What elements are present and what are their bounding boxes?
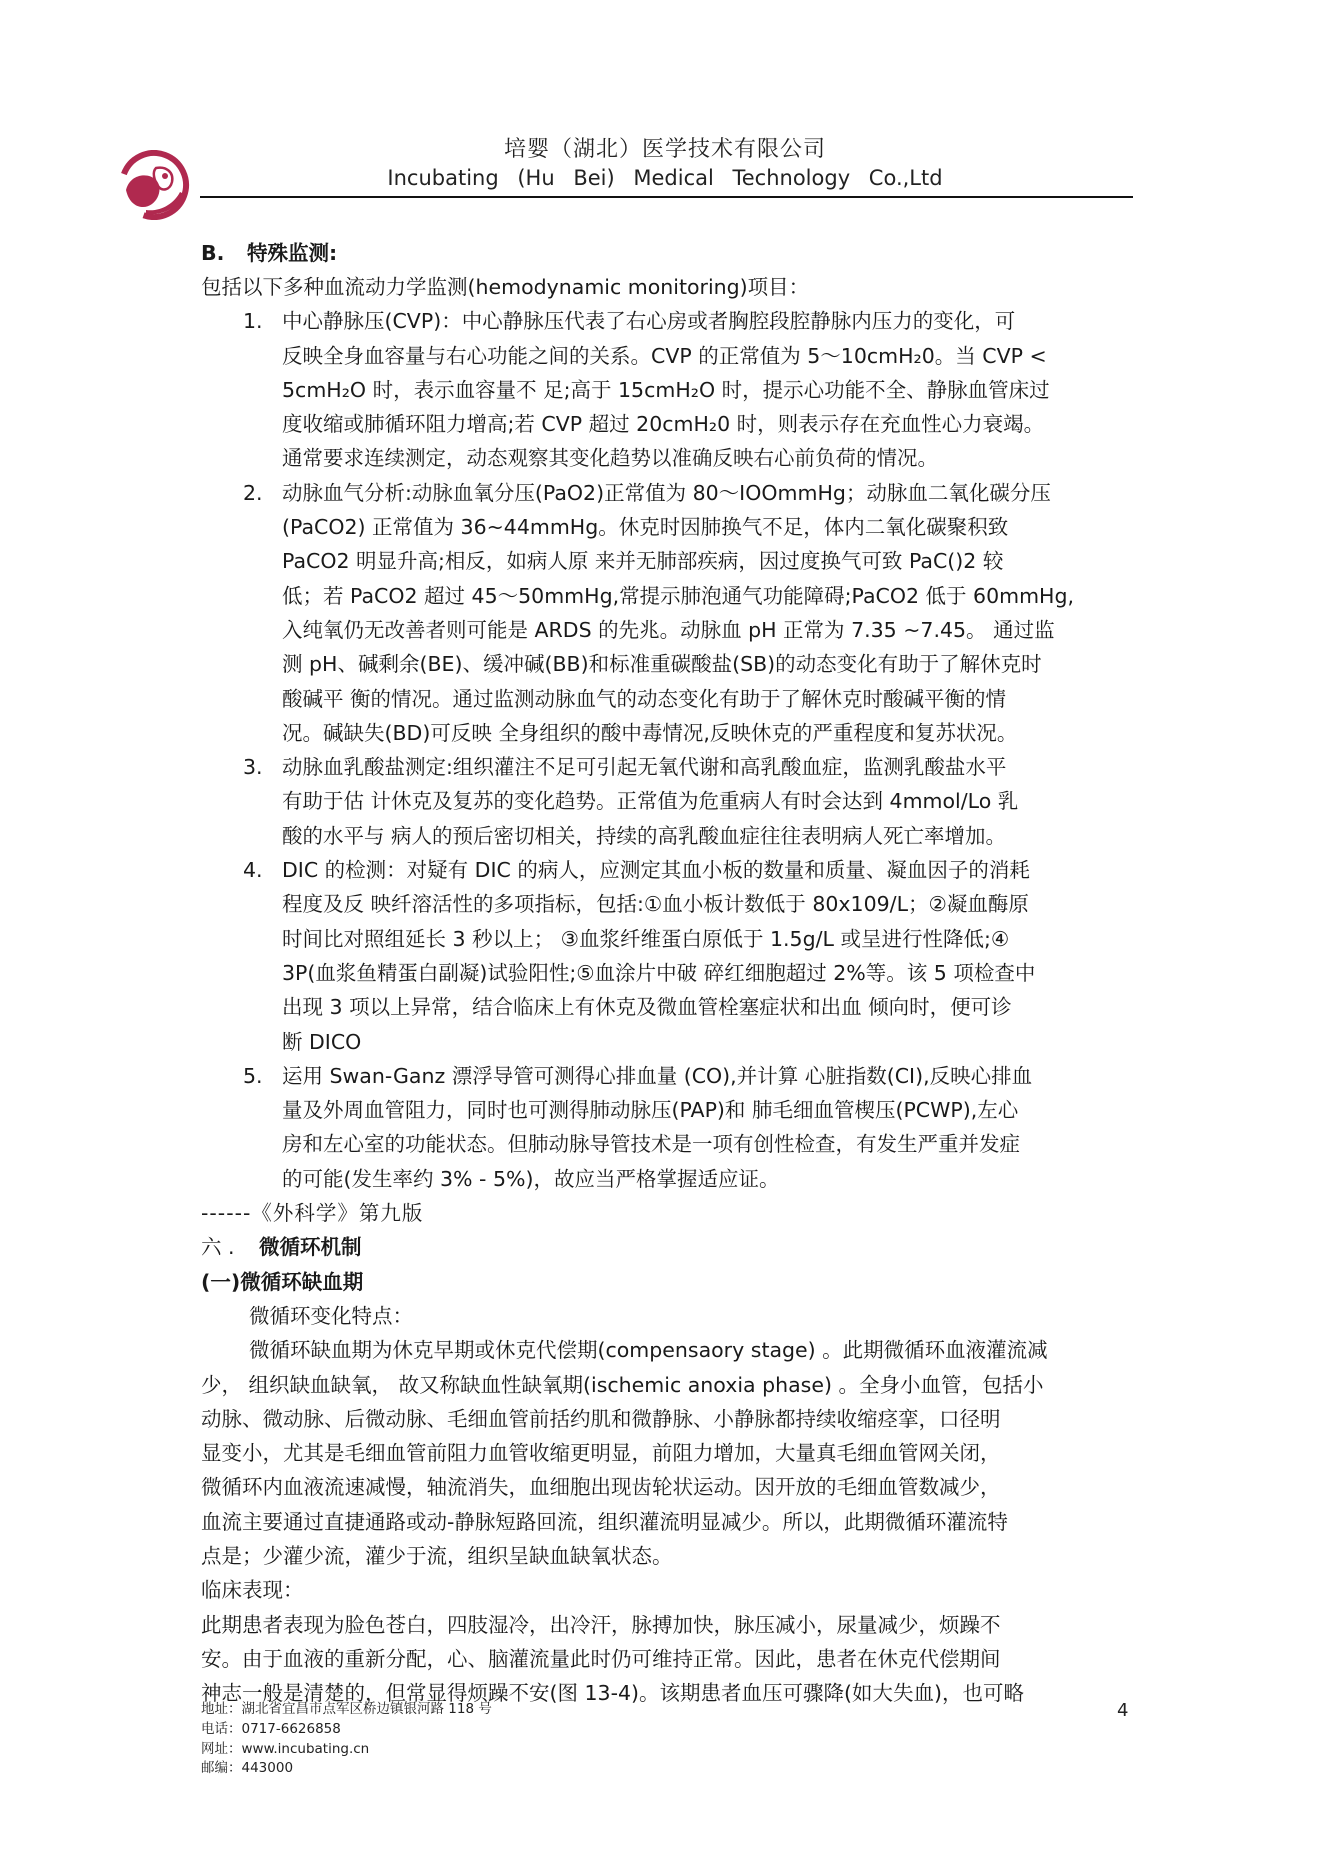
text-line: 此期患者表现为脸色苍白，四肢湿冷，出冷汗，脉搏加快，脉压减小，尿量减少，烦躁不: [201, 1608, 1131, 1642]
text-line: 安。由于血液的重新分配，心、脑灌流量此时仍可维持正常。因此，患者在休克代偿期间: [201, 1642, 1131, 1676]
text-line: 入纯氧仍无改善者则可能是 ARDS 的先兆。动脉血 pH 正常为 7.35 ~7…: [282, 613, 1131, 647]
text-line: 时间比对照组延长 3 秒以上； ③血浆纤维蛋白原低于 1.5g/L 或呈进行性降…: [282, 922, 1131, 956]
section-6-number: 六 .: [201, 1230, 259, 1264]
section-b-title: 特殊监测:: [247, 241, 337, 265]
list-item-5: 5. 运用 Swan-Ganz 漂浮导管可测得心排血量 (CO),并计算 心脏指…: [201, 1059, 1131, 1196]
text-line: 房和左心室的功能状态。但肺动脉导管技术是一项有创性检查，有发生严重并发症: [282, 1127, 1131, 1161]
text-line: 微循环内血液流速减慢，轴流消失，血细胞出现齿轮状运动。因开放的毛细血管数减少，: [201, 1470, 1131, 1504]
text-line: 度收缩或肺循环阻力增高;若 CVP 超过 20cmH₂0 时，则表示存在充血性心…: [282, 407, 1131, 441]
header-divider: [200, 196, 1133, 198]
document-body: B.特殊监测: 包括以下多种血流动力学监测(hemodynamic monito…: [201, 236, 1131, 1710]
text-line: 动脉、微动脉、后微动脉、毛细血管前括约肌和微静脉、小静脉都持续收缩痉挛，口径明: [201, 1402, 1131, 1436]
footer-postcode: 邮编：443000: [201, 1759, 1131, 1779]
text-line: 反映全身血容量与右心功能之间的关系。CVP 的正常值为 5〜10cmH₂0。当 …: [282, 339, 1131, 373]
section-b-heading: B.特殊监测:: [201, 236, 1131, 270]
section-b-intro: 包括以下多种血流动力学监测(hemodynamic monitoring)项目：: [201, 270, 1131, 304]
text-line: 点是；少灌少流，灌少于流，组织呈缺血缺氧状态。: [201, 1539, 1131, 1573]
text-line: 酸的水平与 病人的预后密切相关，持续的高乳酸血症往往表明病人死亡率增加。: [282, 819, 1131, 853]
text-line: 测 pH、碱剩余(BE)、缓冲碱(BB)和标准重碳酸盐(SB)的动态变化有助于了…: [282, 647, 1131, 681]
section-6-title: 微循环机制: [259, 1235, 362, 1259]
list-number: 3.: [243, 750, 263, 784]
text-line: (PaCO2) 正常值为 36~44mmHg。休克时因肺换气不足，体内二氧化碳聚…: [282, 510, 1131, 544]
text-line: 动脉血乳酸盐测定:组织灌注不足可引起无氧代谢和高乳酸血症，监测乳酸盐水平: [282, 750, 1131, 784]
text-line: 酸碱平 衡的情况。通过监测动脉血气的动态变化有助于了解休克时酸碱平衡的情: [282, 682, 1131, 716]
text-line: 5cmH₂O 时，表示血容量不 足;高于 15cmH₂O 时，提示心功能不全、静…: [282, 373, 1131, 407]
footer-phone: 电话：0717-6626858: [201, 1720, 1131, 1740]
text-line: 的可能(发生率约 3% - 5%)，故应当严格掌握适应证。: [282, 1162, 1131, 1196]
text-line: 中心静脉压(CVP)：中心静脉压代表了右心房或者胸腔段腔静脉内压力的变化，可: [282, 304, 1131, 338]
text-line: 量及外周血管阻力，同时也可测得肺动脉压(PAP)和 肺毛细血管楔压(PCWP),…: [282, 1093, 1131, 1127]
company-name-cn: 培婴（湖北）医学技术有限公司: [200, 132, 1130, 163]
text-line: 有助于估 计休克及复苏的变化趋势。正常值为危重病人有时会达到 4mmol/Lo …: [282, 784, 1131, 818]
text-line: 3P(血浆鱼精蛋白副凝)试验阳性;⑤血涂片中破 碎红细胞超过 2%等。该 5 项…: [282, 956, 1131, 990]
company-name-en: Incubating (Hu Bei) Medical Technology C…: [200, 166, 1130, 190]
page-footer: 地址：湖北省宜昌市点军区桥边镇银河路 118 号 电话：0717-6626858…: [201, 1700, 1131, 1779]
subsection-1-title: (一)微循环缺血期: [201, 1265, 1131, 1299]
section-6-heading: 六 .微循环机制: [201, 1230, 1131, 1264]
list-number: 4.: [243, 853, 263, 887]
footer-address: 地址：湖北省宜昌市点军区桥边镇银河路 118 号: [201, 1700, 1131, 1720]
list-item-4: 4. DIC 的检测：对疑有 DIC 的病人，应测定其血小板的数量和质量、凝血因…: [201, 853, 1131, 1059]
list-number: 5.: [243, 1059, 263, 1093]
text-line: 显变小，尤其是毛细血管前阻力血管收缩更明显，前阻力增加，大量真毛细血管网关闭，: [201, 1436, 1131, 1470]
incubating-logo-icon: [116, 150, 192, 220]
clinical-label: 临床表现：: [201, 1573, 1131, 1607]
footer-website[interactable]: 网址：www.incubating.cn: [201, 1740, 1131, 1760]
text-line: 微循环缺血期为休克早期或休克代偿期(compensaory stage) 。此期…: [201, 1333, 1131, 1367]
list-item-2: 2. 动脉血气分析:动脉血氧分压(PaO2)正常值为 80〜IOOmmHg；动脉…: [201, 476, 1131, 750]
micro-features-label: 微循环变化特点：: [201, 1299, 1131, 1333]
text-line: 出现 3 项以上异常，结合临床上有休克及微血管栓塞症状和出血 倾向时，便可诊: [282, 990, 1131, 1024]
text-line: 况。碱缺失(BD)可反映 全身组织的酸中毒情况,反映休克的严重程度和复苏状况。: [282, 716, 1131, 750]
section-b-label: B.: [201, 236, 247, 270]
list-number: 2.: [243, 476, 263, 510]
text-line: PaCO2 明显升高;相反，如病人原 来并无肺部疾病，因过度换气可致 PaC()…: [282, 544, 1131, 578]
list-item-1: 1. 中心静脉压(CVP)：中心静脉压代表了右心房或者胸腔段腔静脉内压力的变化，…: [201, 304, 1131, 475]
list-item-3: 3. 动脉血乳酸盐测定:组织灌注不足可引起无氧代谢和高乳酸血症，监测乳酸盐水平 …: [201, 750, 1131, 853]
source-citation: ------《外科学》第九版: [201, 1196, 1131, 1230]
text-line: 运用 Swan-Ganz 漂浮导管可测得心排血量 (CO),并计算 心脏指数(C…: [282, 1059, 1131, 1093]
text-line: 少， 组织缺血缺氧， 故又称缺血性缺氧期(ischemic anoxia pha…: [201, 1368, 1131, 1402]
text-line: DIC 的检测：对疑有 DIC 的病人，应测定其血小板的数量和质量、凝血因子的消…: [282, 853, 1131, 887]
list-number: 1.: [243, 304, 263, 338]
text-line: 程度及反 映纤溶活性的多项指标，包括:①血小板计数低于 80x109/L；②凝血…: [282, 887, 1131, 921]
page-number: 4: [1117, 1700, 1128, 1721]
text-line: 动脉血气分析:动脉血氧分压(PaO2)正常值为 80〜IOOmmHg；动脉血二氧…: [282, 476, 1131, 510]
text-line: 血流主要通过直捷通路或动-静脉短路回流，组织灌流明显减少。所以，此期微循环灌流特: [201, 1505, 1131, 1539]
text-line: 通常要求连续测定，动态观察其变化趋势以准确反映右心前负荷的情况。: [282, 441, 1131, 475]
page-header: 培婴（湖北）医学技术有限公司 Incubating (Hu Bei) Medic…: [0, 0, 1322, 200]
text-line: 低；若 PaCO2 超过 45〜50mmHg,常提示肺泡通气功能障碍;PaCO2…: [282, 579, 1131, 613]
text-line: 断 DICO: [282, 1025, 1131, 1059]
